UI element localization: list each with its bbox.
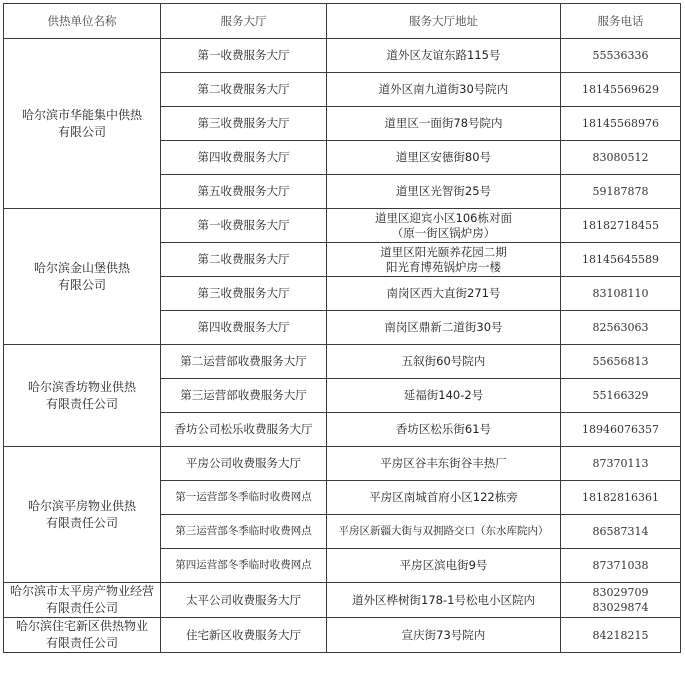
unit-name-line: 有限责任公司 bbox=[8, 600, 156, 617]
unit-name-cell: 哈尔滨市太平房产物业经营 有限责任公司 bbox=[4, 583, 161, 618]
address-cell: 道里区阳光颐养花园二期 阳光育博苑锅炉房一楼 bbox=[327, 243, 561, 277]
unit-name-line: 有限责任公司 bbox=[8, 396, 156, 413]
phone-cell: 83080512 bbox=[561, 141, 681, 175]
header-service-hall: 服务大厅 bbox=[161, 4, 327, 39]
phone-cell: 83029709 83029874 bbox=[561, 583, 681, 618]
hall-cell: 第三收费服务大厅 bbox=[161, 277, 327, 311]
phone-line: 83029874 bbox=[563, 600, 678, 615]
hall-cell: 第五收费服务大厅 bbox=[161, 175, 327, 209]
address-cell: 延福街140-2号 bbox=[327, 379, 561, 413]
address-cell: 道里区光智街25号 bbox=[327, 175, 561, 209]
phone-cell: 86587314 bbox=[561, 515, 681, 549]
table-row: 哈尔滨香坊物业供热 有限责任公司 第二运营部收费服务大厅 五叙街60号院内 55… bbox=[4, 345, 681, 379]
header-unit-name: 供热单位名称 bbox=[4, 4, 161, 39]
header-hall-address: 服务大厅地址 bbox=[327, 4, 561, 39]
address-cell: 宣庆街73号院内 bbox=[327, 618, 561, 653]
phone-cell: 18946076357 bbox=[561, 413, 681, 447]
hall-cell: 住宅新区收费服务大厅 bbox=[161, 618, 327, 653]
address-cell: 道外区友谊东路115号 bbox=[327, 39, 561, 73]
address-cell: 南岗区西大直街271号 bbox=[327, 277, 561, 311]
address-cell: 道里区迎宾小区106栋对面 （原一街区锅炉房） bbox=[327, 209, 561, 243]
table-row: 哈尔滨市太平房产物业经营 有限责任公司 太平公司收费服务大厅 道外区桦树街178… bbox=[4, 583, 681, 618]
unit-name-line: 有限公司 bbox=[8, 124, 156, 141]
table-row: 哈尔滨平房物业供热 有限责任公司 平房公司收费服务大厅 平房区谷丰东街谷丰热厂 … bbox=[4, 447, 681, 481]
phone-cell: 55656813 bbox=[561, 345, 681, 379]
address-cell: 五叙街60号院内 bbox=[327, 345, 561, 379]
phone-cell: 59187878 bbox=[561, 175, 681, 209]
hall-cell: 太平公司收费服务大厅 bbox=[161, 583, 327, 618]
address-cell: 道里区一面街78号院内 bbox=[327, 107, 561, 141]
table-row: 哈尔滨市华能集中供热 有限公司 第一收费服务大厅 道外区友谊东路115号 555… bbox=[4, 39, 681, 73]
unit-name-line: 有限责任公司 bbox=[8, 515, 156, 532]
phone-cell: 55536336 bbox=[561, 39, 681, 73]
hall-cell: 第二收费服务大厅 bbox=[161, 243, 327, 277]
hall-cell: 第二收费服务大厅 bbox=[161, 73, 327, 107]
address-cell: 平房区谷丰东街谷丰热厂 bbox=[327, 447, 561, 481]
phone-line: 83029709 bbox=[563, 585, 678, 600]
address-line: （原一街区锅炉房） bbox=[329, 226, 558, 241]
unit-name-line: 哈尔滨香坊物业供热 bbox=[8, 379, 156, 396]
phone-cell: 83108110 bbox=[561, 277, 681, 311]
unit-name-line: 哈尔滨住宅新区供热物业 bbox=[8, 618, 156, 635]
phone-cell: 18145568976 bbox=[561, 107, 681, 141]
unit-name-cell: 哈尔滨香坊物业供热 有限责任公司 bbox=[4, 345, 161, 447]
phone-cell: 18145645589 bbox=[561, 243, 681, 277]
address-cell: 平房区滨电街9号 bbox=[327, 549, 561, 583]
header-row: 供热单位名称 服务大厅 服务大厅地址 服务电话 bbox=[4, 4, 681, 39]
table-row: 哈尔滨住宅新区供热物业 有限责任公司 住宅新区收费服务大厅 宣庆街73号院内 8… bbox=[4, 618, 681, 653]
phone-cell: 84218215 bbox=[561, 618, 681, 653]
hall-cell: 第一运营部冬季临时收费网点 bbox=[161, 481, 327, 515]
phone-cell: 18182718455 bbox=[561, 209, 681, 243]
phone-cell: 18182816361 bbox=[561, 481, 681, 515]
unit-name-cell: 哈尔滨市华能集中供热 有限公司 bbox=[4, 39, 161, 209]
unit-name-line: 哈尔滨金山堡供热 bbox=[8, 260, 156, 277]
table-row: 哈尔滨金山堡供热 有限公司 第一收费服务大厅 道里区迎宾小区106栋对面 （原一… bbox=[4, 209, 681, 243]
hall-cell: 第一收费服务大厅 bbox=[161, 209, 327, 243]
address-cell: 道外区南九道街30号院内 bbox=[327, 73, 561, 107]
address-cell: 道里区安德街80号 bbox=[327, 141, 561, 175]
unit-name-line: 有限责任公司 bbox=[8, 635, 156, 652]
phone-cell: 18145569629 bbox=[561, 73, 681, 107]
unit-name-cell: 哈尔滨平房物业供热 有限责任公司 bbox=[4, 447, 161, 583]
address-line: 道里区迎宾小区106栋对面 bbox=[329, 211, 558, 226]
phone-cell: 87371038 bbox=[561, 549, 681, 583]
hall-cell: 第三收费服务大厅 bbox=[161, 107, 327, 141]
hall-cell: 第四收费服务大厅 bbox=[161, 311, 327, 345]
phone-cell: 82563063 bbox=[561, 311, 681, 345]
hall-cell: 第三运营部冬季临时收费网点 bbox=[161, 515, 327, 549]
phone-cell: 87370113 bbox=[561, 447, 681, 481]
address-cell: 香坊区松乐街61号 bbox=[327, 413, 561, 447]
unit-name-cell: 哈尔滨金山堡供热 有限公司 bbox=[4, 209, 161, 345]
address-line: 道里区阳光颐养花园二期 bbox=[329, 245, 558, 260]
unit-name-line: 有限公司 bbox=[8, 277, 156, 294]
address-cell: 平房区新疆大街与双拥路交口（东水库院内） bbox=[327, 515, 561, 549]
address-cell: 南岗区鼎新二道街30号 bbox=[327, 311, 561, 345]
hall-cell: 第一收费服务大厅 bbox=[161, 39, 327, 73]
phone-cell: 55166329 bbox=[561, 379, 681, 413]
unit-name-line: 哈尔滨平房物业供热 bbox=[8, 498, 156, 515]
unit-name-line: 哈尔滨市华能集中供热 bbox=[8, 107, 156, 124]
hall-cell: 第四收费服务大厅 bbox=[161, 141, 327, 175]
unit-name-cell: 哈尔滨住宅新区供热物业 有限责任公司 bbox=[4, 618, 161, 653]
unit-name-line: 哈尔滨市太平房产物业经营 bbox=[8, 583, 156, 600]
address-cell: 道外区桦树街178-1号松电小区院内 bbox=[327, 583, 561, 618]
hall-cell: 香坊公司松乐收费服务大厅 bbox=[161, 413, 327, 447]
hall-cell: 第二运营部收费服务大厅 bbox=[161, 345, 327, 379]
hall-cell: 第四运营部冬季临时收费网点 bbox=[161, 549, 327, 583]
address-line: 阳光育博苑锅炉房一楼 bbox=[329, 260, 558, 275]
hall-cell: 第三运营部收费服务大厅 bbox=[161, 379, 327, 413]
header-service-phone: 服务电话 bbox=[561, 4, 681, 39]
address-cell: 平房区南城首府小区122栋旁 bbox=[327, 481, 561, 515]
hall-cell: 平房公司收费服务大厅 bbox=[161, 447, 327, 481]
heating-service-table: 供热单位名称 服务大厅 服务大厅地址 服务电话 哈尔滨市华能集中供热 有限公司 … bbox=[3, 3, 681, 653]
